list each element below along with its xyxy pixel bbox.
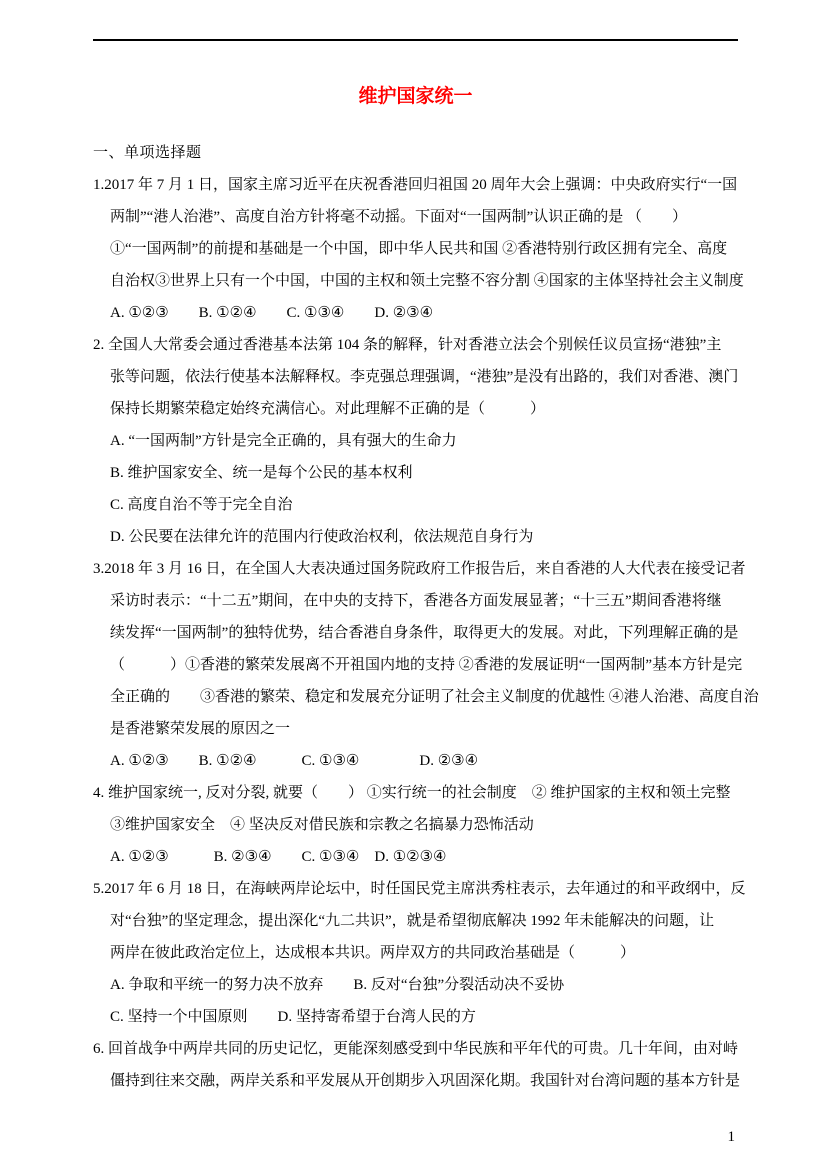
header-rule xyxy=(93,39,738,41)
section-heading: 一、单项选择题 xyxy=(93,137,793,169)
question-1-line-3: ①“一国两制”的前提和基础是一个中国，即中华人民共和国 ②香港特别行政区拥有完全… xyxy=(93,233,793,265)
question-6-line-1: 6. 回首战争中两岸共同的历史记忆，更能深刻感受到中华民族和平年代的可贵。几十年… xyxy=(93,1033,793,1065)
question-2-line-2: 张等问题，依法行使基本法解释权。李克强总理强调，“港独”是没有出路的，我们对香港… xyxy=(93,361,793,393)
question-5-options-ab: A. 争取和平统一的努力决不放弃 B. 反对“台独”分裂活动决不妥协 xyxy=(93,969,793,1001)
question-4-line-2: ③维护国家安全 ④ 坚决反对借民族和宗教之名搞暴力恐怖活动 xyxy=(93,809,793,841)
question-5-line-3: 两岸在彼此政治定位上，达成根本共识。两岸双方的共同政治基础是（ ） xyxy=(93,937,793,969)
question-3-line-4: （ ）①香港的繁荣发展离不开祖国内地的支持 ②香港的发展证明“一国两制”基本方针… xyxy=(93,649,793,681)
question-3-line-6: 是香港繁荣发展的原因之一 xyxy=(93,713,793,745)
question-2-option-a: A. “一国两制”方针是完全正确的，具有强大的生命力 xyxy=(93,425,793,457)
question-2-option-d: D. 公民要在法律允许的范围内行使政治权利，依法规范自身行为 xyxy=(93,521,793,553)
page-number: 1 xyxy=(93,1126,735,1148)
question-2: 2. 全国人大常委会通过香港基本法第 104 条的解释，针对香港立法会个别候任议… xyxy=(93,329,793,553)
question-3-options: A. ①②③ B. ①②④ C. ①③④ D. ②③④ xyxy=(93,745,793,777)
page-title: 维护国家统一 xyxy=(93,84,738,110)
question-3-line-5: 全正确的 ③香港的繁荣、稳定和发展充分证明了社会主义制度的优越性 ④港人治港、高… xyxy=(93,681,793,713)
question-2-option-b: B. 维护国家安全、统一是每个公民的基本权利 xyxy=(93,457,793,489)
question-3-line-1: 3.2018 年 3 月 16 日，在全国人大表决通过国务院政府工作报告后，来自… xyxy=(93,553,793,585)
question-2-line-3: 保持长期繁荣稳定始终充满信心。对此理解不正确的是（ ） xyxy=(93,393,793,425)
question-5-options-cd: C. 坚持一个中国原则 D. 坚持寄希望于台湾人民的方 xyxy=(93,1001,793,1033)
question-5-line-1: 5.2017 年 6 月 18 日，在海峡两岸论坛中，时任国民党主席洪秀柱表示，… xyxy=(93,873,793,905)
question-5: 5.2017 年 6 月 18 日，在海峡两岸论坛中，时任国民党主席洪秀柱表示，… xyxy=(93,873,793,1033)
question-1-options: A. ①②③ B. ①②④ C. ①③④ D. ②③④ xyxy=(93,297,793,329)
question-3-line-2: 采访时表示：“十二五”期间，在中央的支持下，香港各方面发展显著；“十三五”期间香… xyxy=(93,585,793,617)
question-3: 3.2018 年 3 月 16 日，在全国人大表决通过国务院政府工作报告后，来自… xyxy=(93,553,793,777)
question-1-line-2: 两制”“港人治港”、高度自治方针将毫不动摇。下面对“一国两制”认识正确的是 （ … xyxy=(93,201,793,233)
question-1-line-1: 1.2017 年 7 月 1 日，国家主席习近平在庆祝香港回归祖国 20 周年大… xyxy=(93,169,793,201)
question-1: 1.2017 年 7 月 1 日，国家主席习近平在庆祝香港回归祖国 20 周年大… xyxy=(93,169,793,329)
question-6: 6. 回首战争中两岸共同的历史记忆，更能深刻感受到中华民族和平年代的可贵。几十年… xyxy=(93,1033,793,1097)
question-4-line-1: 4. 维护国家统一, 反对分裂, 就要（ ） ①实行统一的社会制度 ② 维护国家… xyxy=(93,777,793,809)
question-4: 4. 维护国家统一, 反对分裂, 就要（ ） ①实行统一的社会制度 ② 维护国家… xyxy=(93,777,793,873)
question-1-line-4: 自治权③世界上只有一个中国，中国的主权和领土完整不容分割 ④国家的主体坚持社会主… xyxy=(93,265,793,297)
question-3-line-3: 续发挥“一国两制”的独特优势，结合香港自身条件，取得更大的发展。对此，下列理解正… xyxy=(93,617,793,649)
question-4-options: A. ①②③ B. ②③④ C. ①③④ D. ①②③④ xyxy=(93,841,793,873)
question-5-line-2: 对“台独”的坚定理念，提出深化“九二共识”，就是希望彻底解决 1992 年未能解… xyxy=(93,905,793,937)
question-2-option-c: C. 高度自治不等于完全自治 xyxy=(93,489,793,521)
document-body: 一、单项选择题 1.2017 年 7 月 1 日，国家主席习近平在庆祝香港回归祖… xyxy=(93,137,793,1097)
question-6-line-2: 僵持到往来交融，两岸关系和平发展从开创期步入巩固深化期。我国针对台湾问题的基本方… xyxy=(93,1065,793,1097)
document-page: 维护国家统一 一、单项选择题 1.2017 年 7 月 1 日，国家主席习近平在… xyxy=(0,0,827,1170)
question-2-line-1: 2. 全国人大常委会通过香港基本法第 104 条的解释，针对香港立法会个别候任议… xyxy=(93,329,793,361)
